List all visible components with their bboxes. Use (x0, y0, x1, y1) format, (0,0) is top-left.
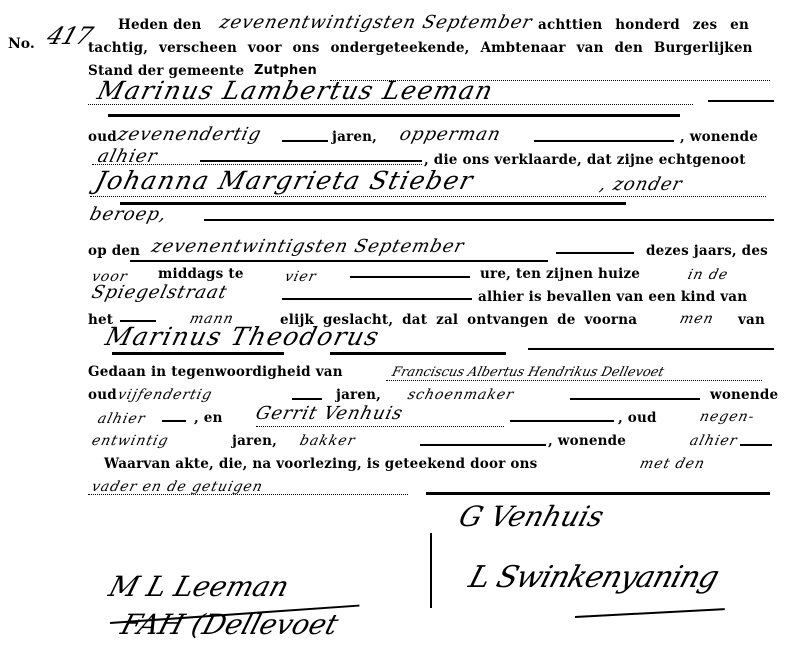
underline-rule (120, 202, 626, 205)
rule (426, 492, 770, 495)
printed-text: achttien honderd zes en (538, 16, 749, 34)
printed-text: van (738, 311, 765, 329)
dotted-line (88, 494, 408, 495)
printed-text: tachtig, verscheen voor ons ondergeteeke… (88, 39, 753, 57)
bracket (430, 533, 432, 608)
printed-text: , wonende (548, 432, 626, 450)
handwritten-text: men (677, 308, 716, 330)
handwritten-text: met den (637, 453, 707, 475)
mother-name: Johanna Margrieta Stieber (93, 170, 476, 192)
dotted-line (256, 426, 504, 427)
rule (162, 420, 186, 422)
handwritten-hour: vier (282, 266, 319, 288)
dotted-line (88, 104, 693, 105)
birth-certificate-page: No. 417 Heden den zevenentwintigsten Sep… (0, 0, 800, 663)
printed-text: jaren, (232, 432, 277, 450)
printed-text: , en (194, 409, 223, 427)
printed-text: Waarvan akte, die, na voorlezing, is get… (104, 455, 537, 473)
printed-text: jaren, (332, 128, 377, 146)
rule (740, 444, 772, 446)
handwritten-text: in de (685, 264, 731, 286)
rule (708, 100, 774, 102)
child-name: Marinus Theodorus (103, 326, 382, 348)
rule (292, 398, 322, 400)
rule (282, 140, 328, 142)
printed-text: op den (88, 242, 140, 260)
printed-text: , wonende (680, 128, 758, 146)
rule (510, 420, 614, 422)
rule (420, 444, 546, 446)
handwritten-residence: alhier (687, 430, 740, 452)
signature-witness-2: G Venhuis (455, 500, 607, 533)
handwritten-text: beroep, (87, 204, 169, 226)
printed-text: middags te (158, 265, 244, 283)
rule (534, 140, 674, 142)
dotted-line (386, 380, 762, 381)
printed-text: ure, ten zijnen huize (480, 265, 640, 283)
rule (570, 398, 700, 400)
rule (200, 160, 422, 162)
witness-2-name: Gerrit Venhuis (253, 403, 405, 425)
rule (204, 219, 774, 221)
handwritten-occupation: schoenmaker (405, 384, 516, 406)
handwritten-age: vijfendertig (115, 384, 215, 406)
father-name: Marinus Lambertus Leeman (95, 80, 496, 102)
rule (282, 298, 472, 300)
handwritten-age: zevenendertig (115, 124, 264, 146)
signature-flourish (575, 608, 725, 617)
underline-rule (108, 114, 680, 117)
handwritten-occupation: opperman (397, 124, 503, 146)
handwritten-age: entwintig (89, 430, 171, 452)
printed-text: dezes jaars, des (646, 242, 768, 260)
printed-text: wonende (710, 386, 778, 404)
printed-text: , oud (618, 409, 657, 427)
handwritten-occupation: bakker (297, 430, 358, 452)
printed-text: oud (88, 386, 117, 404)
underline-rule (330, 352, 506, 355)
printed-text: Heden den (118, 16, 202, 34)
signature-official: L Swinkenyaning (465, 560, 722, 595)
dotted-line (90, 196, 766, 197)
handwritten-text: , zonder (597, 174, 685, 196)
printed-text: alhier is bevallen van een kind van (478, 288, 747, 306)
rule (528, 348, 774, 350)
handwritten-residence: alhier (95, 408, 148, 430)
handwritten-age: negen- (697, 406, 757, 428)
rule (350, 276, 470, 278)
handwritten-street: Spiegelstraat (89, 282, 229, 304)
printed-text: oud (88, 128, 117, 146)
handwritten-date: zevenentwintigsten September (217, 12, 534, 34)
signature-father: M L Leeman (105, 570, 293, 603)
rule (556, 252, 634, 254)
printed-text: jaren, (336, 386, 381, 404)
dotted-line (92, 164, 422, 165)
handwritten-date: zevenentwintigsten September (149, 236, 466, 258)
printed-text: Gedaan in tegenwoordigheid van (88, 363, 343, 381)
rule (130, 260, 548, 262)
record-number-label: No. (8, 36, 35, 52)
underline-rule (112, 352, 284, 355)
